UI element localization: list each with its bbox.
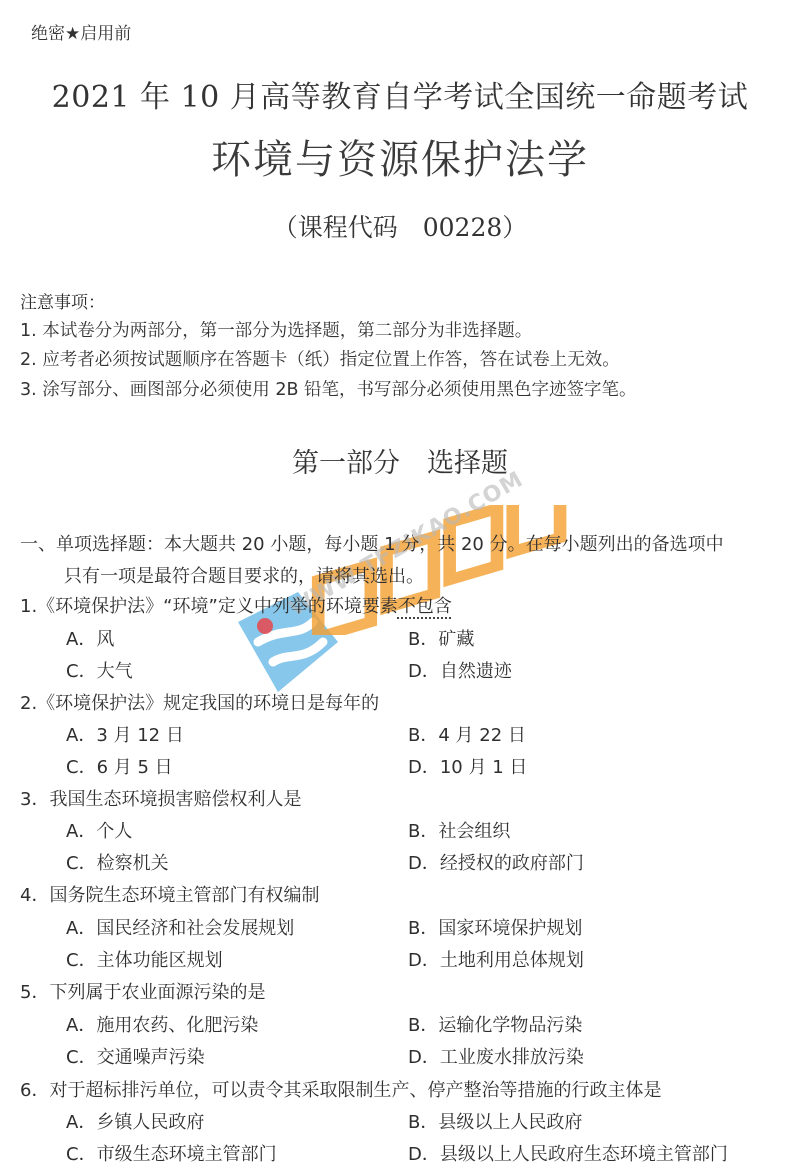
note-item: 3. 涂写部分、画图部分必须使用 2B 铅笔，书写部分必须使用黑色字迹签字笔。 [20,376,637,401]
note-item: 1. 本试卷分为两部分，第一部分为选择题，第二部分为非选择题。 [20,317,532,342]
subject-title: 环境与资源保护法学 [0,128,800,185]
question-stem-4: 4．国务院生态环境主管部门有权编制 [20,881,319,907]
option-d: D．土地利用总体规划 [408,946,584,972]
note-item: 2. 应考者必须按试题顺序在答题卡（纸）指定位置上作答，答在试卷上无效。 [20,346,620,371]
option-b: B．国家环境保护规划 [408,914,582,940]
notes-title: 注意事项： [20,288,105,313]
option-d: D．工业废水排放污染 [408,1043,584,1069]
option-b: B．矿藏 [408,625,474,651]
question-stem-6: 6．对于超标排污单位，可以责令其采取限制生产、停产整治等措施的行政主体是 [20,1076,661,1102]
option-b: B．社会组织 [408,817,510,843]
option-c: C．检察机关 [66,849,169,875]
section-heading: 第一部分 选择题 [0,441,800,480]
question-stem-1: 1.《环境保护法》“环境”定义中列举的环境要素不包含 [20,592,452,618]
option-a: A．国民经济和社会发展规划 [66,914,294,940]
confidential-label: 绝密★启用前 [31,19,131,44]
question-stem-5: 5．下列属于农业面源污染的是 [20,978,265,1004]
section-instruction: 一、单项选择题：本大题共 20 小题，每小题 1 分，共 20 分。在每小题列出… [20,530,724,556]
option-d: D．经授权的政府部门 [408,849,584,875]
option-d: D．自然遗迹 [408,657,512,683]
option-c: C．6 月 5 日 [66,753,173,779]
question-stem-3: 3．我国生态环境损害赔偿权利人是 [20,785,301,811]
option-a: A．3 月 12 日 [66,721,184,747]
option-a: A．施用农药、化肥污染 [66,1011,258,1037]
option-a: A．乡镇人民政府 [66,1108,204,1134]
option-a: A．个人 [66,817,132,843]
exam-title: 2021 年 10 月高等教育自学考试全国统一命题考试 [0,72,800,116]
option-d: D．县级以上人民政府生态环境主管部门 [408,1140,728,1166]
option-b: B．4 月 22 日 [408,721,526,747]
question-stem-text: 1.《环境保护法》“环境”定义中列举的环境要素 [20,596,398,617]
question-stem-2: 2.《环境保护法》规定我国的环境日是每年的 [20,689,379,715]
option-c: C．市级生态环境主管部门 [66,1140,277,1166]
question-stem-emphasis: 不包含 [398,596,452,617]
option-b: B．运输化学物品污染 [408,1011,582,1037]
course-code: （课程代码 00228） [0,208,800,244]
option-d: D．10 月 1 日 [408,753,527,779]
option-a: A．风 [66,625,114,651]
section-instruction: 只有一项是最符合题目要求的，请将其选出。 [64,562,424,588]
option-b: B．县级以上人民政府 [408,1108,582,1134]
option-c: C．交通噪声污染 [66,1043,205,1069]
option-c: C．主体功能区规划 [66,946,223,972]
option-c: C．大气 [66,657,133,683]
